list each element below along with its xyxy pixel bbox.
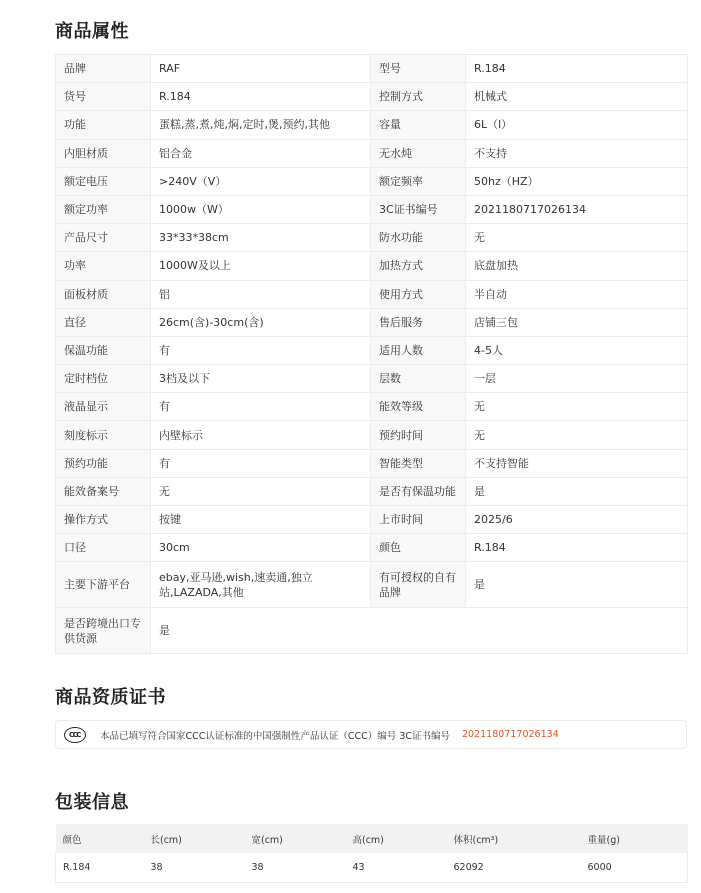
- column-header: 重量(g): [581, 824, 688, 853]
- attr-key: 预约功能: [56, 449, 151, 477]
- attr-key: 功率: [56, 252, 151, 280]
- attr-key: 预约时间: [371, 421, 466, 449]
- attr-value: 有: [151, 393, 371, 421]
- attr-key: 面板材质: [56, 280, 151, 308]
- attr-key: 智能类型: [371, 449, 466, 477]
- attr-key: 3C证书编号: [371, 195, 466, 223]
- attr-value: 4-5人: [466, 336, 688, 364]
- attr-value: 按键: [151, 506, 371, 534]
- attr-value: 无: [466, 224, 688, 252]
- attr-value: RAF: [151, 55, 371, 83]
- attr-key: 额定电压: [56, 167, 151, 195]
- table-cell: 62092: [447, 853, 581, 882]
- attr-key: 定时档位: [56, 365, 151, 393]
- attr-key: 上市时间: [371, 506, 466, 534]
- attr-key: 适用人数: [371, 336, 466, 364]
- attr-value: 蛋糕,蒸,煮,炖,焖,定时,煲,预约,其他: [151, 111, 371, 139]
- attr-key: 主要下游平台: [56, 562, 151, 608]
- table-row: 刻度标示内壁标示预约时间无: [56, 421, 688, 449]
- attr-value: 机械式: [466, 83, 688, 111]
- attr-value: 30cm: [151, 534, 371, 562]
- table-row: 口径30cm颜色R.184: [56, 534, 688, 562]
- attr-value: 是: [466, 562, 688, 608]
- attr-value: 不支持智能: [466, 449, 688, 477]
- attr-value: 有: [151, 336, 371, 364]
- table-row: 额定功率1000w（W）3C证书编号2021180717026134: [56, 195, 688, 223]
- attr-key: 容量: [371, 111, 466, 139]
- attr-value: R.184: [466, 55, 688, 83]
- section-title-packaging: 包装信息: [55, 788, 129, 814]
- attr-key: 品牌: [56, 55, 151, 83]
- attr-value: 不支持: [466, 139, 688, 167]
- attr-value: R.184: [151, 83, 371, 111]
- attr-key: 保温功能: [56, 336, 151, 364]
- attr-value: 半自动: [466, 280, 688, 308]
- ccc-mark-icon: CCC: [64, 727, 86, 743]
- attr-key: 操作方式: [56, 506, 151, 534]
- certificate-number: 2021180717026134: [462, 729, 559, 740]
- table-cell: 38: [245, 853, 346, 882]
- table-cell: R.184: [56, 853, 144, 882]
- table-row: 功能蛋糕,蒸,煮,炖,焖,定时,煲,预约,其他容量6L（l）: [56, 111, 688, 139]
- attr-value: 铝合金: [151, 139, 371, 167]
- table-row: 货号R.184控制方式机械式: [56, 83, 688, 111]
- table-row: 功率1000W及以上加热方式底盘加热: [56, 252, 688, 280]
- attr-value: 33*33*38cm: [151, 224, 371, 252]
- attr-key: 货号: [56, 83, 151, 111]
- attr-key: 无水炖: [371, 139, 466, 167]
- certificate-box: CCC 本品已填写符合国家CCC认证标准的中国强制性产品认证（CCC）编号 3C…: [55, 720, 687, 749]
- attr-key: 加热方式: [371, 252, 466, 280]
- attr-key: 防水功能: [371, 224, 466, 252]
- attr-value: 底盘加热: [466, 252, 688, 280]
- attr-key: 使用方式: [371, 280, 466, 308]
- table-row: 能效备案号无是否有保温功能是: [56, 477, 688, 505]
- column-header: 宽(cm): [245, 824, 346, 853]
- attr-value: 1000W及以上: [151, 252, 371, 280]
- attr-key: 产品尺寸: [56, 224, 151, 252]
- column-header: 颜色: [56, 824, 144, 853]
- table-row: 主要下游平台ebay,亚马逊,wish,速卖通,独立站,LAZADA,其他有可授…: [56, 562, 688, 608]
- attr-value: 是: [466, 477, 688, 505]
- table-row: R.184 38 38 43 62092 6000: [56, 853, 688, 882]
- column-header: 体积(cm³): [447, 824, 581, 853]
- attr-value: 内壁标示: [151, 421, 371, 449]
- attr-key: 能效备案号: [56, 477, 151, 505]
- attr-value: 店铺三包: [466, 308, 688, 336]
- attr-key: 功能: [56, 111, 151, 139]
- attr-key: 颜色: [371, 534, 466, 562]
- attr-value: ebay,亚马逊,wish,速卖通,独立站,LAZADA,其他: [151, 562, 371, 608]
- attr-key: 是否有保温功能: [371, 477, 466, 505]
- table-row: 液晶显示有能效等级无: [56, 393, 688, 421]
- attr-value: 26cm(含)-30cm(含): [151, 308, 371, 336]
- attr-value: 铝: [151, 280, 371, 308]
- attr-value: 2025/6: [466, 506, 688, 534]
- attr-value: R.184: [466, 534, 688, 562]
- table-cell: 43: [346, 853, 447, 882]
- attr-key: 刻度标示: [56, 421, 151, 449]
- table-row: 品牌RAF型号R.184: [56, 55, 688, 83]
- table-row: 内胆材质铝合金无水炖不支持: [56, 139, 688, 167]
- packaging-table: 颜色 长(cm) 宽(cm) 高(cm) 体积(cm³) 重量(g) R.184…: [55, 824, 688, 883]
- attr-key: 是否跨境出口专供货源: [56, 608, 151, 654]
- table-row: 面板材质铝使用方式半自动: [56, 280, 688, 308]
- attr-key: 口径: [56, 534, 151, 562]
- attr-key: 液晶显示: [56, 393, 151, 421]
- attr-value: 有: [151, 449, 371, 477]
- attr-key: 额定功率: [56, 195, 151, 223]
- attr-value: 50hz（HZ）: [466, 167, 688, 195]
- attr-key: 控制方式: [371, 83, 466, 111]
- table-row: 产品尺寸33*33*38cm防水功能无: [56, 224, 688, 252]
- table-cell: 6000: [581, 853, 688, 882]
- attr-value: 是: [151, 608, 688, 654]
- attr-key: 有可授权的自有品牌: [371, 562, 466, 608]
- attr-value: 3档及以下: [151, 365, 371, 393]
- section-title-attributes: 商品属性: [55, 17, 129, 43]
- attr-value: 6L（l）: [466, 111, 688, 139]
- attr-value: 无: [466, 421, 688, 449]
- table-row: 直径26cm(含)-30cm(含)售后服务店铺三包: [56, 308, 688, 336]
- attr-key: 售后服务: [371, 308, 466, 336]
- attr-value: 一层: [466, 365, 688, 393]
- column-header: 长(cm): [144, 824, 245, 853]
- attr-key: 内胆材质: [56, 139, 151, 167]
- attr-value: 2021180717026134: [466, 195, 688, 223]
- attr-key: 直径: [56, 308, 151, 336]
- attr-value: >240V（V）: [151, 167, 371, 195]
- table-row: 定时档位3档及以下层数一层: [56, 365, 688, 393]
- attr-key: 额定频率: [371, 167, 466, 195]
- certificate-text: 本品已填写符合国家CCC认证标准的中国强制性产品认证（CCC）编号 3C证书编号: [100, 728, 450, 742]
- section-title-certificate: 商品资质证书: [55, 683, 166, 709]
- table-row: 保温功能有适用人数4-5人: [56, 336, 688, 364]
- table-row: 操作方式按键上市时间2025/6: [56, 506, 688, 534]
- table-row: 预约功能有智能类型不支持智能: [56, 449, 688, 477]
- table-row: 是否跨境出口专供货源是: [56, 608, 688, 654]
- attr-key: 型号: [371, 55, 466, 83]
- attr-key: 层数: [371, 365, 466, 393]
- table-cell: 38: [144, 853, 245, 882]
- table-row: 额定电压>240V（V）额定频率50hz（HZ）: [56, 167, 688, 195]
- table-header-row: 颜色 长(cm) 宽(cm) 高(cm) 体积(cm³) 重量(g): [56, 824, 688, 853]
- attr-value: 无: [151, 477, 371, 505]
- column-header: 高(cm): [346, 824, 447, 853]
- attributes-table: 品牌RAF型号R.184 货号R.184控制方式机械式 功能蛋糕,蒸,煮,炖,焖…: [55, 54, 688, 654]
- attr-key: 能效等级: [371, 393, 466, 421]
- attr-value: 无: [466, 393, 688, 421]
- attr-value: 1000w（W）: [151, 195, 371, 223]
